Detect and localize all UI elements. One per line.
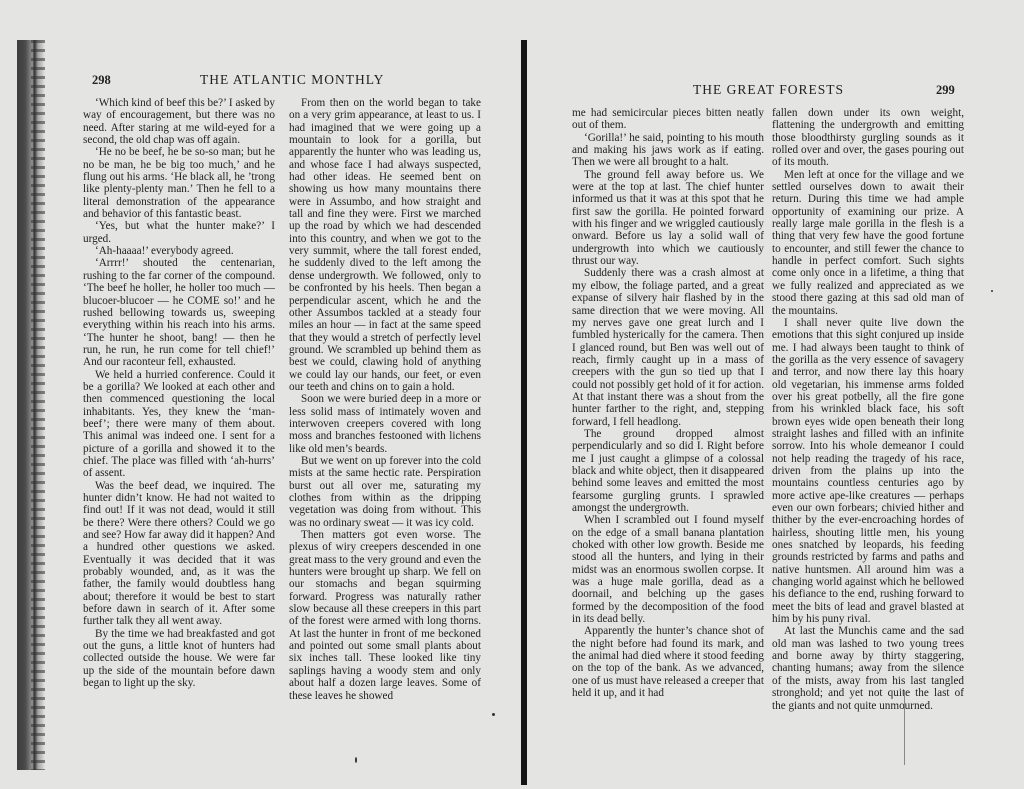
paragraph: By the time we had breakfasted and got o… — [83, 628, 275, 690]
page-crease — [904, 690, 905, 765]
paragraph: ‘He no be beef, he be so-so man; but he … — [83, 146, 275, 220]
center-gutter — [521, 40, 527, 785]
book-binding-edge — [17, 40, 45, 770]
paragraph: Soon we were buried deep in a more or le… — [289, 393, 481, 455]
paragraph: ‘Ah-haaaa!’ everybody agreed. — [83, 245, 275, 257]
text-column-2: From then on the world began to take on … — [289, 97, 481, 702]
paragraph: The ground fell away before us. We were … — [572, 169, 764, 268]
paragraph: Was the beef dead, we inquired. The hunt… — [83, 480, 275, 628]
paragraph: ‘Gorilla!’ he said, pointing to his mout… — [572, 132, 764, 169]
text-column-1: ‘Which kind of beef this be?’ I asked by… — [83, 97, 275, 690]
page-number: 299 — [936, 83, 955, 98]
paragraph: But we went on up forever into the cold … — [289, 455, 481, 529]
book-spread: 298 THE ATLANTIC MONTHLY ‘Which kind of … — [0, 0, 1024, 789]
paragraph: ‘Which kind of beef this be?’ I asked by… — [83, 97, 275, 146]
paragraph: From then on the world began to take on … — [289, 97, 481, 393]
paragraph: The ground dropped almost perpendicularl… — [572, 428, 764, 514]
running-head: THE ATLANTIC MONTHLY — [200, 72, 384, 88]
paragraph: Suddenly there was a crash almost at my … — [572, 267, 764, 427]
print-speck — [355, 757, 357, 763]
paragraph: Men left at once for the village and we … — [772, 169, 964, 317]
paragraph: Then matters got even worse. The plexus … — [289, 529, 481, 702]
paragraph: ‘Arrrr!’ shouted the centenarian, rushin… — [83, 257, 275, 368]
paragraph: Apparently the hunter’s chance shot of t… — [572, 625, 764, 699]
print-speck — [492, 713, 495, 716]
paragraph: I shall never quite live down the emotio… — [772, 317, 964, 626]
print-speck — [991, 290, 993, 292]
paragraph: me had semicircular pieces bitten neatly… — [572, 107, 764, 132]
running-head: THE GREAT FORESTS — [693, 82, 844, 98]
paragraph: fallen down under its own weight, flatte… — [772, 107, 964, 169]
paragraph: At last the Munchis came and the sad old… — [772, 625, 964, 711]
paragraph: We held a hurried conference. Could it b… — [83, 369, 275, 480]
text-column-2: fallen down under its own weight, flatte… — [772, 107, 964, 712]
paragraph: When I scrambled out I found myself on t… — [572, 514, 764, 625]
right-page: THE GREAT FORESTS 299 me had semicircula… — [550, 0, 980, 789]
left-page: 298 THE ATLANTIC MONTHLY ‘Which kind of … — [70, 0, 510, 789]
page-number: 298 — [92, 73, 111, 88]
text-column-1: me had semicircular pieces bitten neatly… — [572, 107, 764, 700]
paragraph: ‘Yes, but what the hunter make?’ I urged… — [83, 220, 275, 245]
